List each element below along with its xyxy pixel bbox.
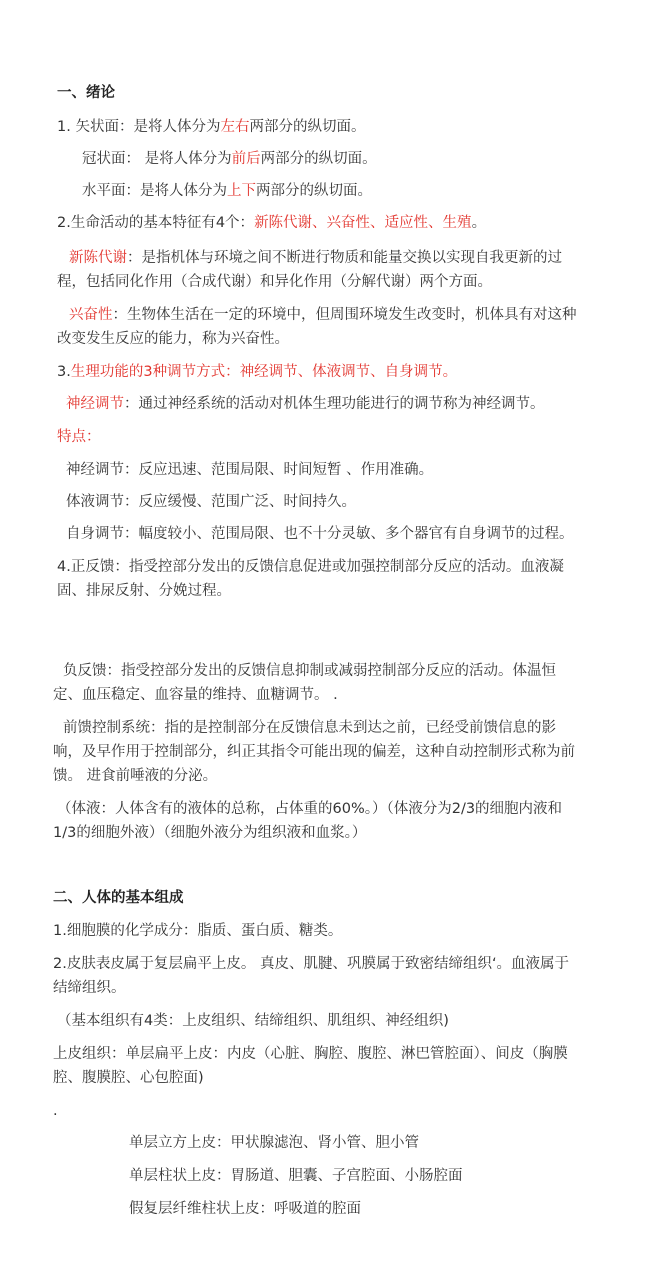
skin-tissue-line: 2.皮肤表皮属于复层扁平上皮。 真皮、肌腱、巩膜属于致密结缔组织‘。血液属于 <box>53 954 569 974</box>
section-title-basic-composition: 二、人体的基本组成 <box>53 888 184 908</box>
highlight: 上下 <box>227 183 256 199</box>
epithelium-sub-item: 单层柱状上皮：胃肠道、胆囊、子宫腔面、小肠腔面 <box>129 1166 463 1186</box>
feature-item: 自身调节：幅度较小、范围局限、也不十分灵敏、多个器官有自身调节的过程。 <box>66 524 574 544</box>
life-features-line: 2.生命活动的基本特征有4个：新陈代谢、兴奋性、适应性、生殖。 <box>57 213 486 233</box>
term: 神经调节 <box>66 396 124 412</box>
regulation-methods-line: 3.生理功能的3种调节方式：神经调节、体液调节、自身调节。 <box>57 362 457 382</box>
excitability-definition: 兴奋性：生物体生活在一定的环境中，但周围环境发生改变时，机体具有对这种 <box>69 305 577 325</box>
feature-item: 体液调节：反应缓慢、范围广泛、时间持久。 <box>66 492 356 512</box>
feedforward: 前馈控制系统：指的是控制部分在反馈信息未到达之前，已经受前馈信息的影 <box>63 718 556 738</box>
negative-feedback-cont: 定、血压稳定、血容量的维持、血糖调节。 . <box>53 685 338 705</box>
positive-feedback-cont: 固、排尿反射、分娩过程。 <box>57 581 231 601</box>
basic-tissues-note: （基本组织有4类：上皮组织、结缔组织、肌组织、神经组织) <box>57 1011 449 1031</box>
feedforward-cont: 响，及早作用于控制部分，纠正其指令可能出现的偏差，这种自动控制形式称为前 <box>53 742 575 762</box>
negative-feedback: 负反馈：指受控部分发出的反馈信息抑制或减弱控制部分反应的活动。体温恒 <box>63 661 556 681</box>
coronal-plane-line: 冠状面： 是将人体分为前后两部分的纵切面。 <box>82 149 377 169</box>
metabolism-definition: 新陈代谢：是指机体与环境之间不断进行物质和能量交换以实现自我更新的过 <box>69 248 562 268</box>
metabolism-definition-cont: 程，包括同化作用（合成代谢）和异化作用（分解代谢）两个方面。 <box>57 272 492 292</box>
horizontal-plane-line: 水平面：是将人体分为上下两部分的纵切面。 <box>82 181 372 201</box>
feature-item: 神经调节：反应迅速、范围局限、时间短暂 、作用准确。 <box>66 460 433 480</box>
highlight: 左右 <box>220 119 249 135</box>
body-fluid-note: （体液：人体含有的液体的总称，占体重的60%。）（体液分为2/3的细胞内液和 <box>57 799 562 819</box>
term: 兴奋性 <box>69 307 113 323</box>
epithelium-sub-item: 单层立方上皮：甲状腺滤泡、肾小管、胆小管 <box>129 1133 419 1153</box>
cell-membrane-line: 1.细胞膜的化学成分：脂质、蛋白质、糖类。 <box>53 921 342 941</box>
sagittal-plane-line: 1. 矢状面：是将人体分为左右两部分的纵切面。 <box>57 117 365 137</box>
skin-tissue-line-cont: 结缔组织。 <box>53 978 126 998</box>
excitability-definition-cont: 改变发生反应的能力，称为兴奋性。 <box>57 329 289 349</box>
feedforward-cont: 馈。 进食前唾液的分泌。 <box>53 766 217 786</box>
highlight: 前后 <box>232 151 261 167</box>
positive-feedback: 4.正反馈：指受控部分发出的反馈信息促进或加强控制部分反应的活动。血液凝 <box>57 557 564 577</box>
epithelium-line-cont: 腔、腹膜腔、心包腔面) <box>53 1068 204 1088</box>
neural-regulation-definition: 神经调节：通过神经系统的活动对机体生理功能进行的调节称为神经调节。 <box>66 394 545 414</box>
highlight: 新陈代谢、兴奋性、适应性、生殖 <box>254 215 472 231</box>
epithelium-line: 上皮组织：单层扁平上皮：内皮（心脏、胸腔、腹腔、淋巴管腔面）、间皮（胸膜 <box>53 1044 568 1064</box>
body-fluid-note-cont: 1/3的细胞外液）（细胞外液分为组织液和血浆。） <box>53 823 366 843</box>
highlight: 生理功能的3种调节方式：神经调节、体液调节、自身调节。 <box>71 364 457 380</box>
features-label: 特点： <box>57 427 101 447</box>
section-title-introduction: 一、绪论 <box>57 83 115 103</box>
epithelium-sub-item: 假复层纤维柱状上皮：呼吸道的腔面 <box>129 1199 361 1219</box>
stray-dot: . <box>53 1101 58 1121</box>
term: 新陈代谢 <box>69 250 127 266</box>
